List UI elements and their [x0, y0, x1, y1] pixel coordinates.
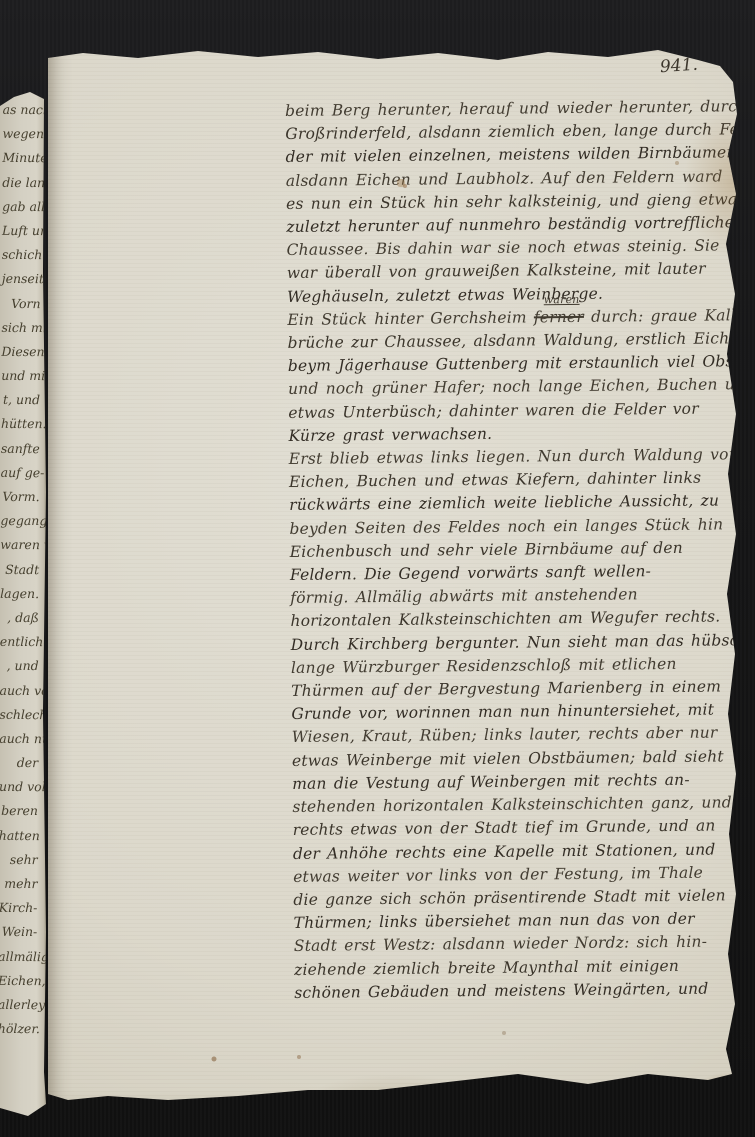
margin-line-fragment: sanfte [1, 437, 40, 461]
margin-line-fragment: entliche [0, 630, 39, 654]
margin-line-fragment: schichteten [2, 243, 41, 267]
margin-line-fragment: und mit [1, 364, 40, 388]
line-text: Ein Stück hinter Gerchsheim [287, 308, 534, 329]
manuscript-scan-root: { "page": { "number": "941." }, "manuscr… [0, 0, 755, 1137]
margin-line-fragment: beren [0, 799, 38, 823]
manuscript-page: 941. beim Berg herunter, herauf und wied… [48, 44, 740, 1104]
margin-fragments: as nachwegenMinutendie langgab allenLuft… [0, 98, 42, 1116]
margin-line-fragment: auf ge- [1, 461, 40, 485]
margin-line-fragment: t, und [1, 388, 40, 412]
margin-line-fragment: Vorm. [1, 485, 40, 509]
foxing-spots [48, 44, 50, 46]
margin-line-fragment: der [0, 751, 38, 775]
margin-line-fragment: Stadt [0, 557, 39, 581]
margin-line-fragment: sich mit [1, 316, 40, 340]
margin-line-fragment: Kirch- [0, 896, 37, 920]
margin-line-fragment: lagen. [0, 582, 39, 606]
margin-line-fragment: , daß [0, 606, 39, 630]
margin-line-fragment: hütten. [1, 412, 40, 436]
margin-line-fragment: Diesen [1, 340, 40, 364]
margin-line-fragment: mehr [0, 872, 38, 896]
margin-line-fragment: jenseits [2, 267, 41, 291]
struck-word: ferner [534, 308, 584, 327]
margin-line-fragment: hatten [0, 824, 38, 848]
margin-line-fragment: schlechte [0, 703, 38, 727]
margin-line-fragment: hölzer. [0, 1017, 37, 1041]
margin-line-fragment: allmälig [0, 944, 37, 968]
margin-line-fragment: Eichen, [0, 969, 37, 993]
margin-line-fragment: die lang [2, 170, 41, 194]
inserted-word: waren [544, 294, 580, 305]
margin-line-fragment: Luft und [2, 219, 41, 243]
page-number: 941. [659, 55, 698, 78]
text-block: beim Berg herunter, herauf und wieder he… [285, 95, 750, 1005]
margin-line-fragment: auch nun [0, 727, 38, 751]
margin-line-fragment: as nach [3, 98, 42, 122]
manuscript-line: war überall von grauweißen Kalksteine, m… [287, 258, 743, 286]
margin-line-fragment: wegen [2, 122, 41, 146]
margin-line-fragment: und voll, [0, 775, 38, 799]
manuscript-line: schönen Gebäuden und meistens Weingärten… [294, 977, 750, 1005]
previous-page-edge: as nachwegenMinutendie langgab allenLuft… [0, 92, 47, 1116]
margin-line-fragment: sehr [0, 848, 38, 872]
line-text: durch: graue Kalkstein- [584, 306, 755, 326]
margin-line-fragment: , und [0, 654, 39, 678]
margin-line-fragment: allerley [0, 993, 37, 1017]
margin-line-fragment: waren von [0, 533, 39, 557]
manuscript-line: Durch Kirchberg bergunter. Nun sieht man… [291, 629, 747, 657]
margin-line-fragment: gab allen [2, 195, 41, 219]
margin-line-fragment: Vorn [2, 291, 41, 315]
margin-line-fragment: gegangen [0, 509, 39, 533]
manuscript-line: etwas Unterbüsch; dahinter waren die Fel… [288, 397, 744, 425]
manuscript-line: Eichenbusch und sehr viele Birnbäume auf… [290, 536, 746, 564]
margin-line-fragment: auch vor, [0, 678, 39, 702]
margin-line-fragment: Wein- [0, 920, 37, 944]
margin-line-fragment: Minuten [2, 146, 41, 170]
correction: warenferner [534, 306, 584, 330]
manuscript-line: Stadt erst Westz: alsdann wieder Nordz: … [294, 930, 750, 958]
